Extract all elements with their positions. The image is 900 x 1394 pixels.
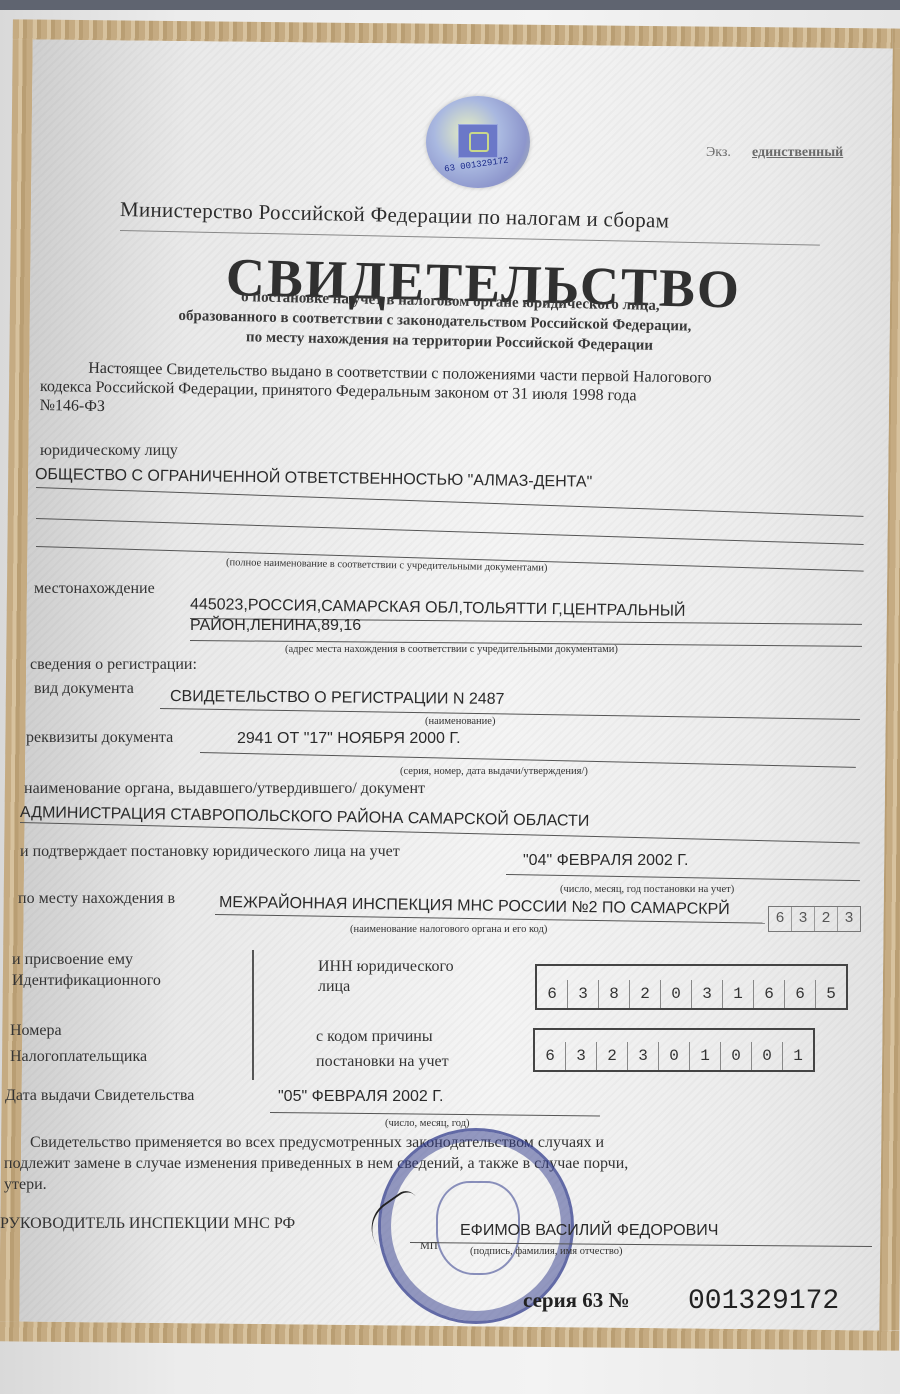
copy-label: Экз. xyxy=(706,145,731,161)
issue-date: "05" ФЕВРАЛЯ 2002 Г. xyxy=(278,1088,443,1106)
inn-digit: 6 xyxy=(537,980,568,1008)
serial-number: 001329172 xyxy=(688,1286,839,1317)
inn-digit: 6 xyxy=(754,980,785,1008)
issue-label: Дата выдачи Свидетельства xyxy=(5,1087,194,1105)
doc-details-label: реквизиты документа xyxy=(26,729,173,747)
inn-digits: 6 3 8 2 0 3 1 6 6 5 xyxy=(535,964,848,1010)
kpp-digit: 6 xyxy=(535,1042,566,1070)
issue-hint: (число, месяц, год) xyxy=(385,1118,470,1129)
inn-digit: 5 xyxy=(816,980,846,1008)
kpp-digit: 2 xyxy=(597,1042,628,1070)
footer-line: Свидетельство применяется во всех предус… xyxy=(4,1132,764,1153)
inn-label: лица xyxy=(318,978,350,996)
kpp-digit: 0 xyxy=(721,1042,752,1070)
code-digit: 6 xyxy=(769,907,792,931)
address-hint: (адрес места нахождения в соответствии с… xyxy=(285,644,618,655)
inn-digit: 0 xyxy=(661,980,692,1008)
location-label: по месту нахождения в xyxy=(18,890,175,908)
registration-label: сведения о регистрации: xyxy=(30,656,197,674)
hologram-seal-icon: 63 001329172 xyxy=(426,96,530,188)
inn-digit: 3 xyxy=(692,980,723,1008)
code-digit: 3 xyxy=(792,907,815,931)
entity-label: юридическому лицу xyxy=(40,442,178,460)
signatory-hint: (подпись, фамилия, имя отчество) xyxy=(470,1246,623,1257)
kpp-label: постановки на учет xyxy=(316,1053,449,1071)
inn-left-label: Идентификационного xyxy=(12,972,161,990)
doc-type-value: СВИДЕТЕЛЬСТВО О РЕГИСТРАЦИИ N 2487 xyxy=(170,688,505,709)
doc-details-value: 2941 ОТ "17" НОЯБРЯ 2000 Г. xyxy=(237,730,461,748)
kpp-digit: 0 xyxy=(752,1042,783,1070)
copy-value: единственный xyxy=(752,145,843,161)
inn-label: ИНН юридического xyxy=(318,958,454,976)
confirm-label: и подтверждает постановку юридического л… xyxy=(20,843,400,861)
kpp-digits: 6 3 2 3 0 1 0 0 1 xyxy=(533,1028,815,1072)
inn-digit: 3 xyxy=(568,980,599,1008)
code-digit: 3 xyxy=(838,907,860,931)
tax-office-hint: (наименование налогового органа и его ко… xyxy=(350,924,547,935)
inn-left-label: и присвоение ему xyxy=(12,951,133,969)
doc-type-hint: (наименование) xyxy=(425,716,495,727)
inn-digit: 8 xyxy=(599,980,630,1008)
issuer-label: наименование органа, выдавшего/утвердивш… xyxy=(24,780,425,798)
intro-paragraph: Настоящее Свидетельство выдано в соответ… xyxy=(40,358,811,427)
inn-left-label: Номера xyxy=(10,1022,62,1040)
inn-digit: 1 xyxy=(723,980,754,1008)
kpp-digit: 0 xyxy=(659,1042,690,1070)
kpp-label: с кодом причины xyxy=(316,1028,433,1046)
kpp-digit: 1 xyxy=(783,1042,813,1070)
doc-type-label: вид документа xyxy=(34,680,134,698)
inn-digit: 2 xyxy=(630,980,661,1008)
tax-office-code: 6 3 2 3 xyxy=(768,906,861,932)
address-label: местонахождение xyxy=(34,580,155,598)
confirm-date: "04" ФЕВРАЛЯ 2002 Г. xyxy=(523,852,688,870)
inn-left-label: Налогоплательщика xyxy=(10,1048,147,1066)
kpp-digit: 3 xyxy=(628,1042,659,1070)
serial-label: серия 63 № xyxy=(523,1288,630,1313)
bracket-divider xyxy=(252,950,254,1080)
confirm-hint: (число, месяц, год постановки на учет) xyxy=(560,884,734,895)
footer-line: подлежит замене в случае изменения приве… xyxy=(4,1153,764,1174)
hologram-emblem-icon xyxy=(458,124,498,158)
hologram-number: 63 001329172 xyxy=(444,156,510,175)
code-digit: 2 xyxy=(815,907,838,931)
kpp-digit: 3 xyxy=(566,1042,597,1070)
signatory-role: РУКОВОДИТЕЛЬ ИНСПЕКЦИИ МНС РФ xyxy=(0,1215,295,1233)
inn-digit: 6 xyxy=(785,980,816,1008)
address-line-2: РАЙОН,ЛЕНИНА,89,16 xyxy=(190,617,361,635)
footer-paragraph: Свидетельство применяется во всех предус… xyxy=(4,1132,764,1195)
kpp-digit: 1 xyxy=(690,1042,721,1070)
signatory-name: ЕФИМОВ ВАСИЛИЙ ФЕДОРОВИЧ xyxy=(460,1222,718,1240)
doc-details-hint: (серия, номер, дата выдачи/утверждения/) xyxy=(400,766,588,777)
